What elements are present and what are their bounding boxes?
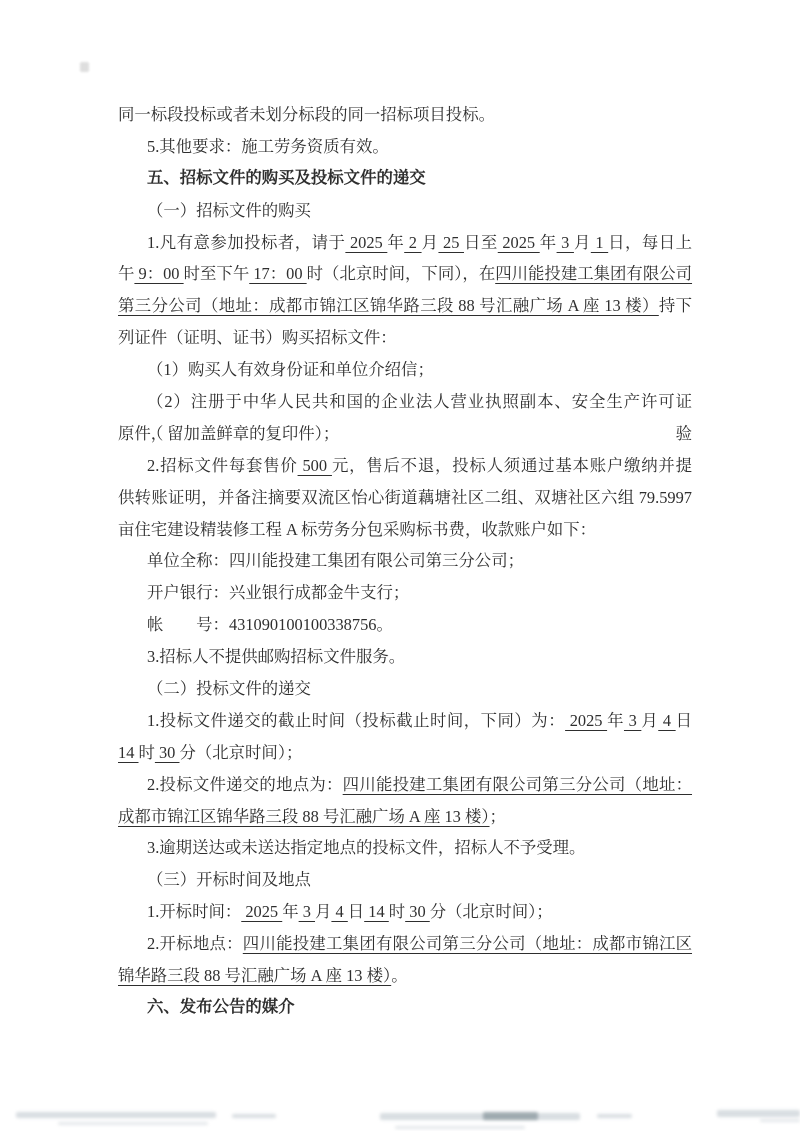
text-line: （一）招标文件的购买 (118, 195, 692, 227)
text-run: 5.其他要求：施工劳务资质有效。 (147, 137, 389, 156)
text-run: 3.招标人不提供邮购招标文件服务。 (147, 647, 405, 666)
text-line: 3.招标人不提供邮购招标文件服务。 (118, 641, 692, 673)
underlined-text-run: 2 (404, 233, 421, 252)
text-line: （二）投标文件的递交 (118, 673, 692, 705)
text-line: （三）开标时间及地点 (118, 864, 692, 896)
text-line: 六、发布公告的媒介 (118, 992, 692, 1024)
text-run: ； (490, 807, 506, 826)
text-run: 五、招标文件的购买及投标文件的递交 (147, 169, 426, 187)
underlined-text-run: 锦华路三段 88 号汇融广场 A 座 13 楼） (118, 966, 391, 985)
text-run: 单位全称：四川能投建工集团有限公司第三分公司； (147, 551, 524, 570)
text-run: 1.凡有意参加投标者，请于 (147, 233, 345, 252)
text-line: 1.投标文件递交的截止时间（投标截止时间，下同）为： 2025 年 3 月 4 … (118, 705, 692, 737)
text-line: 2.开标地点：四川能投建工集团有限公司第三分公司（地址：成都市锦江区 (118, 928, 692, 960)
scan-smudge (597, 1114, 632, 1118)
text-line: 1.开标时间： 2025 年 3 月 4 日 14 时 30 分（北京时间）； (118, 896, 692, 928)
underlined-text-run: 3 (624, 711, 641, 730)
scan-smudge (717, 1110, 800, 1117)
text-run: 分（北京时间）； (430, 902, 553, 921)
text-run: 时 (389, 902, 405, 921)
underlined-text-run: 25 (438, 233, 464, 252)
text-run: （二）投标文件的递交 (147, 679, 311, 698)
text-line: 列证件（证明、证书）购买招标文件： (118, 322, 692, 354)
text-run: 年 (282, 902, 298, 921)
underlined-text-run: 14 (364, 902, 389, 921)
text-run: 日，每日上 (608, 233, 692, 252)
underlined-text-run: 3 (557, 233, 574, 252)
text-line: （1）购买人有效身份证和单位介绍信； (118, 354, 692, 386)
text-run: 供转账证明，并备注摘要双流区怡心街道藕塘社区二组、双塘社区六组 79.5997 (118, 488, 692, 507)
text-run: 时 (139, 743, 155, 762)
scan-smudge (380, 1113, 580, 1120)
text-run: 日 (676, 711, 692, 730)
underlined-text-run: 2025 (345, 233, 387, 252)
underlined-text-run: 4 (658, 711, 675, 730)
text-line: 锦华路三段 88 号汇融广场 A 座 13 楼）。 (118, 960, 692, 992)
text-run: 3.逾期送达或未送达指定地点的投标文件，招标人不予受理。 (147, 838, 585, 857)
text-run: （1）购买人有效身份证和单位介绍信； (147, 360, 434, 379)
scan-smudge (395, 1126, 525, 1129)
text-run: 2.招标文件每套售价 (147, 456, 298, 475)
text-run: 日至 (464, 233, 498, 252)
scan-smudge (760, 1119, 800, 1122)
text-line: 单位全称：四川能投建工集团有限公司第三分公司； (118, 545, 692, 577)
text-line: 第三分公司（地址：成都市锦江区锦华路三段 88 号汇融广场 A 座 13 楼）持… (118, 290, 692, 322)
text-line: 14 时 30 分（北京时间）； (118, 737, 692, 769)
underlined-text-run: 17：00 (249, 264, 306, 283)
underlined-text-run: 四川能投建工集团有限公司第三分公司（地址： (343, 775, 692, 794)
underlined-text-run: 9：00 (134, 264, 183, 283)
text-run: 。 (391, 966, 407, 985)
underlined-text-run: 第三分公司（地址：成都市锦江区锦华路三段 88 号汇融广场 A 座 13 楼） (118, 296, 659, 315)
underlined-text-run: 四川能投建工集团有限公司第三分公司（地址：成都市锦江区 (243, 934, 692, 953)
text-run: 原件，留加盖鲜章的复印件）； (118, 424, 339, 443)
text-line: 同一标段投标或者未划分标段的同一招标项目投标。 (118, 99, 692, 131)
text-run: 帐 号：431090100100338756。 (147, 615, 393, 634)
text-run: 亩住宅建设精装修工程 A 标劳务分包采购标书费，收款账户如下： (118, 520, 596, 539)
text-run: 1.开标时间： (147, 902, 241, 921)
text-run: 日 (348, 902, 364, 921)
scan-smudge (80, 62, 89, 72)
underlined-text-run: 四川能投建工集团有限公司 (495, 264, 692, 283)
text-run: 2.开标地点： (147, 934, 243, 953)
text-line: 1.凡有意参加投标者，请于 2025 年 2 月 25 日至 2025 年 3 … (118, 227, 692, 259)
text-line: 5.其他要求：施工劳务资质有效。 (118, 131, 692, 163)
text-run: （三）开标时间及地点 (147, 870, 311, 889)
underlined-text-run: 14 (118, 743, 139, 762)
text-line: （2）注册于中华人民共和国的企业法人营业执照副本、安全生产许可证（验 (118, 386, 692, 418)
text-run: 列证件（证明、证书）购买招标文件： (118, 328, 397, 347)
text-run: 月 (422, 233, 439, 252)
text-line: 亩住宅建设精装修工程 A 标劳务分包采购标书费，收款账户如下： (118, 514, 692, 546)
underlined-text-run: 3 (299, 902, 315, 921)
text-run: 年 (540, 233, 557, 252)
underlined-text-run: 2025 (241, 902, 282, 921)
text-run: 月 (641, 711, 658, 730)
text-run: 分（北京时间）； (179, 743, 302, 762)
text-line: 成都市锦江区锦华路三段 88 号汇融广场 A 座 13 楼）； (118, 801, 692, 833)
scan-smudge (483, 1112, 538, 1120)
text-run: 持下 (659, 296, 692, 315)
text-line: 五、招标文件的购买及投标文件的递交 (118, 163, 692, 195)
text-run: 开户银行：兴业银行成都金牛支行； (147, 583, 409, 602)
text-run: 年 (607, 711, 624, 730)
text-line: 供转账证明，并备注摘要双流区怡心街道藕塘社区二组、双塘社区六组 79.5997 (118, 482, 692, 514)
underlined-text-run: 成都市锦江区锦华路三段 88 号汇融广场 A 座 13 楼） (118, 807, 490, 826)
text-run: 年 (387, 233, 404, 252)
document-body: 同一标段投标或者未划分标段的同一招标项目投标。5.其他要求：施工劳务资质有效。五… (118, 99, 692, 1024)
text-run: 时（北京时间，下同），在 (307, 264, 496, 283)
text-run: 1.投标文件递交的截止时间（投标截止时间，下同）为： (147, 711, 565, 730)
scan-smudge (16, 1112, 216, 1118)
text-line: 2.投标文件递交的地点为：四川能投建工集团有限公司第三分公司（地址： (118, 769, 692, 801)
text-run: 月 (574, 233, 591, 252)
text-line: 2.招标文件每套售价 500 元，售后不退，投标人须通过基本账户缴纳并提 (118, 450, 692, 482)
underlined-text-run: 500 (298, 456, 332, 475)
scan-smudge (58, 1122, 208, 1125)
tender-notice-scanned-page: 同一标段投标或者未划分标段的同一招标项目投标。5.其他要求：施工劳务资质有效。五… (0, 0, 800, 1131)
text-run: （一）招标文件的购买 (147, 201, 311, 220)
text-run: 月 (315, 902, 331, 921)
underlined-text-run: 2025 (565, 711, 607, 730)
text-run: 六、发布公告的媒介 (147, 998, 295, 1016)
text-run: 时至下午 (184, 264, 250, 283)
text-line: 帐 号：431090100100338756。 (118, 609, 692, 641)
text-run: 元，售后不退，投标人须通过基本账户缴纳并提 (332, 456, 692, 475)
underlined-text-run: 30 (405, 902, 430, 921)
underlined-text-run: 4 (331, 902, 347, 921)
underlined-text-run: 1 (591, 233, 608, 252)
scan-smudge (232, 1114, 276, 1118)
text-run: 午 (118, 264, 134, 283)
underlined-text-run: 30 (155, 743, 180, 762)
text-run: 2.投标文件递交的地点为： (147, 775, 343, 794)
underlined-text-run: 2025 (498, 233, 540, 252)
text-line: 午 9：00 时至下午 17：00 时（北京时间，下同），在四川能投建工集团有限… (118, 258, 692, 290)
text-run: 同一标段投标或者未划分标段的同一招标项目投标。 (118, 105, 495, 124)
text-line: 开户银行：兴业银行成都金牛支行； (118, 577, 692, 609)
text-line: 3.逾期送达或未送达指定地点的投标文件，招标人不予受理。 (118, 832, 692, 864)
